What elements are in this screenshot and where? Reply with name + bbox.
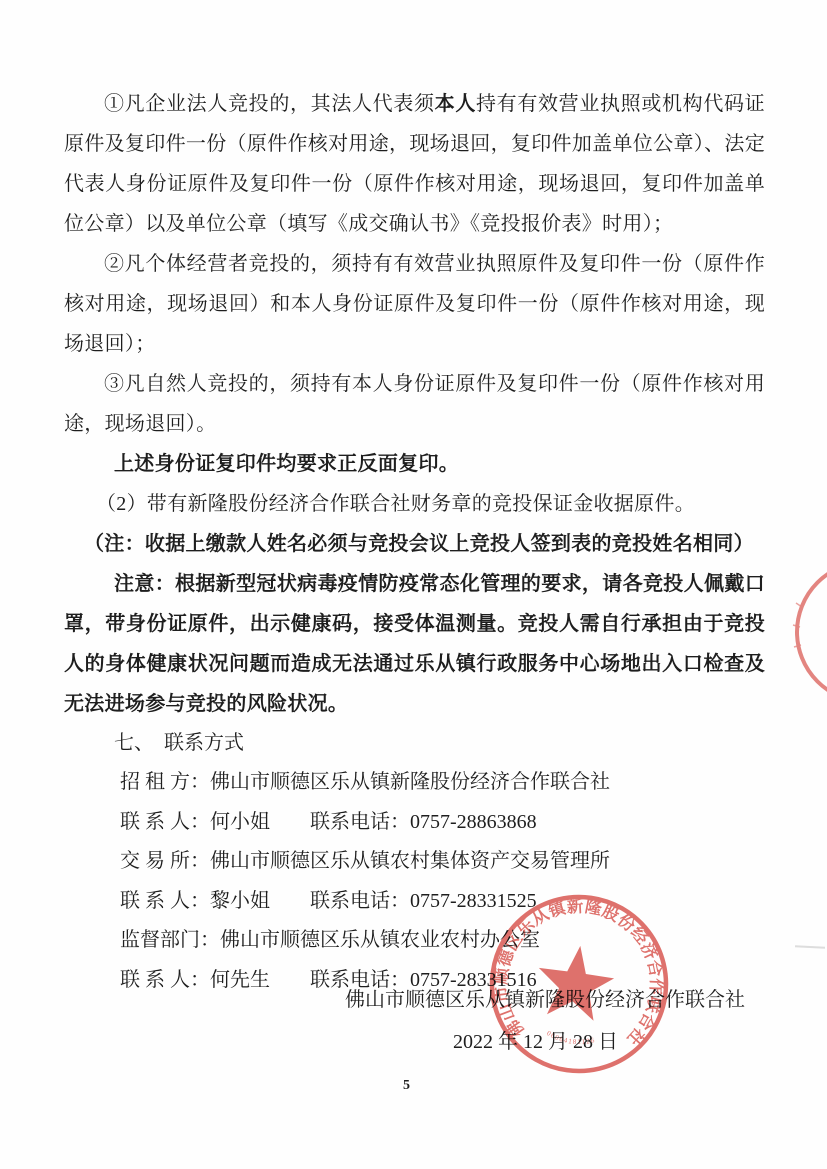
signature-organization: 佛山市顺德区乐从镇新隆股份经济合作联合社: [345, 986, 745, 1014]
paragraph-enterprise-bidder: ①凡企业法人竞投的，其法人代表须本人持有有效营业执照或机构代码证原件及复印件一份…: [64, 84, 765, 244]
contact-line-lessor: 招 租 方：佛山市顺德区乐从镇新隆股份经济合作联合社: [120, 763, 765, 803]
paragraph-id-copy-requirement: 上述身份证复印件均要求正反面复印。: [64, 444, 765, 484]
document-page: ①凡企业法人竞投的，其法人代表须本人持有有效营业执照或机构代码证原件及复印件一份…: [0, 0, 827, 1169]
contact-line-lessor-person: 联 系 人：何小姐 联系电话：0757-28863868: [120, 803, 765, 843]
signature-date: 2022 年 12 月 28 日: [453, 1028, 618, 1056]
paragraph-text: ①凡企业法人竞投的，其法人代表须: [104, 93, 435, 115]
paragraph-deposit-receipt: （2）带有新隆股份经济合作联合社财务章的竞投保证金收据原件。: [64, 484, 765, 524]
contact-line-exchange: 交 易 所：佛山市顺德区乐从镇农村集体资产交易管理所: [120, 842, 765, 882]
paragraph-receipt-note: （注：收据上缴款人姓名必须与竞投会议上竞投人签到表的竞投姓名相同）: [64, 524, 765, 564]
scan-artifact-mark: [795, 945, 825, 949]
partial-seal-edge: [790, 555, 827, 715]
section-title-contact-info: 七、 联系方式: [64, 724, 765, 763]
contact-line-exchange-person: 联 系 人：黎小姐 联系电话：0757-28331525: [120, 882, 765, 922]
contact-list: 招 租 方：佛山市顺德区乐从镇新隆股份经济合作联合社 联 系 人：何小姐 联系电…: [120, 763, 765, 1000]
emphasized-text: 本人: [435, 93, 476, 115]
page-number: 5: [403, 1078, 410, 1094]
paragraph-natural-person-bidder: ③凡自然人竞投的，须持有本人身份证原件及复印件一份（原件作核对用途，现场退回）。: [64, 364, 765, 444]
partial-seal-ring: [797, 562, 827, 702]
body-text: ①凡企业法人竞投的，其法人代表须本人持有有效营业执照或机构代码证原件及复印件一份…: [64, 84, 765, 1000]
partial-seal-text-marks: [793, 603, 802, 647]
paragraph-individual-business-bidder: ②凡个体经营者竞投的，须持有有效营业执照原件及复印件一份（原件作核对用途，现场退…: [64, 244, 765, 364]
contact-line-supervisor: 监督部门：佛山市顺德区乐从镇农业农村办公室: [120, 921, 765, 961]
paragraph-covid-notice: 注意：根据新型冠状病毒疫情防疫常态化管理的要求，请各竞投人佩戴口罩，带身份证原件…: [64, 564, 765, 724]
